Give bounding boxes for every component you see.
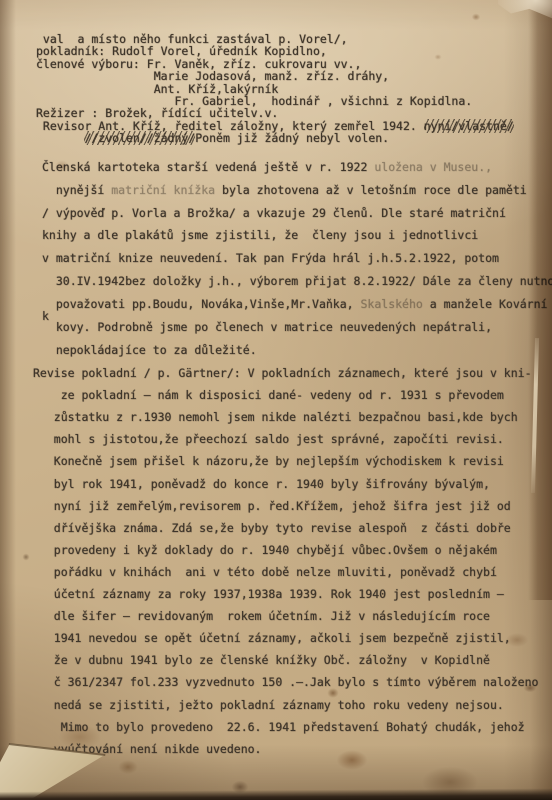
text-segment: Konečně jsem přišel k názoru,že by nejle… (33, 454, 504, 468)
text-segment (36, 131, 84, 145)
faded-text: Skalského (361, 297, 423, 311)
text-segment: ze pokladní – nám k disposici dané- vede… (33, 388, 504, 402)
paragraph-revise-pokladni-line: č 361/2347 fol.233 vyzvednuto 150 .–.Jak… (33, 676, 538, 688)
text-segment: 1941 nevedou se opět účetní záznamy, ačk… (33, 631, 511, 645)
text-segment: mohl s jistotou,že přeechozí saldo jest … (33, 432, 504, 446)
text-segment: nynější (42, 183, 111, 197)
paragraph-revise-pokladni-line: provedeny i kyž doklady do r. 1940 chybě… (33, 544, 497, 556)
text-segment: dřívějška známa. Zdá se,že byby tyto rev… (33, 521, 511, 535)
text-segment: Členská kartoteka starší vedená ještě v … (42, 160, 374, 174)
paragraph-kartoteka-line: Členská kartoteka starší vedená ještě v … (42, 161, 492, 173)
paragraph-revise-pokladni-line: mohl s jistotou,že přeechozí saldo jest … (33, 433, 504, 445)
officials-list-line: členové výboru: Fr. Vaněk, zříz. cukrova… (36, 58, 361, 70)
text-segment: byla zhotovena až v letošním roce dle pa… (215, 183, 527, 197)
text-segment: že v dubnu 1941 bylo ze členské knížky O… (33, 653, 490, 667)
faded-text: uložena v Museu., (374, 160, 492, 174)
text-segment: považovati pp.Boudu, Nováka,Vinše,Mr.Vaň… (42, 297, 361, 311)
text-segment: knihy a dle plakátů jsme zjistili, že čl… (42, 228, 478, 242)
text-segment: Mimo to bylo provedeno 22.6. 1941 předst… (33, 720, 525, 734)
paragraph-kartoteka-line: kovy. Podrobně jsme po členech v matrice… (42, 321, 492, 333)
paragraph-revise-pokladni-line: vyúčtování není nikde uvedeno. (33, 743, 261, 755)
text-segment: pořádku v knihách ani v této době nelze … (33, 565, 497, 579)
officials-list-line: Marie Jodasová, manž. zříz. dráhy, (36, 70, 389, 82)
text-segment: vyúčtování není nikde uvedeno. (33, 742, 261, 756)
text-segment: 30.IV.1942bez doložky j.h., výborem přij… (42, 274, 552, 288)
paragraph-kartoteka-line: knihy a dle plakátů jsme zjistili, že čl… (42, 229, 478, 241)
officials-list-line: Revisor Ant. Kříž, ředitel záložny, kter… (36, 120, 514, 132)
text-segment: nedá se zjistiti, ježto pokladní záznamy… (33, 698, 504, 712)
paragraph-revise-pokladni-line: nyní již zemřelým,revisorem p. řed.Kříže… (33, 500, 511, 512)
paragraph-revise-pokladni-line: zůstatku z r.1930 nemohl jsem nikde nalé… (33, 411, 518, 423)
struck-out-text: //zvolen//žádný/ (84, 131, 195, 145)
paragraph-kartoteka-line: v matriční knize neuvedení. Tak pan Frýd… (42, 252, 499, 264)
text-segment: Revise pokladní / p. Gärtner/: V pokladn… (33, 366, 532, 380)
text-segment: a manžele Kovární (423, 297, 548, 311)
text-segment: v matriční knize neuvedení. Tak pan Frýd… (42, 251, 499, 265)
paragraph-revise-pokladni-line: 1941 nevedou se opět účetní záznamy, ačk… (33, 632, 511, 644)
paragraph-revise-pokladni-line: ze pokladní – nám k disposici dané- vede… (33, 389, 504, 401)
text-segment: kovy. Podrobně jsme po členech v matrice… (42, 320, 492, 334)
officials-list-line: //zvolen//žádný/Poněm již žádný nebyl vo… (36, 132, 389, 144)
paragraph-kartoteka-line: považovati pp.Boudu, Nováka,Vinše,Mr.Vaň… (42, 298, 547, 310)
text-segment: nyní již zemřelým,revisorem p. řed.Kříže… (33, 499, 511, 513)
text-segment: č 361/2347 fol.233 vyzvednuto 150 .–.Jak… (33, 675, 538, 689)
paragraph-kartoteka-line: nepokládajíce to za důležité. (42, 344, 257, 356)
scanned-page: val a místo něho funkci zastával p. Vore… (0, 0, 552, 800)
text-segment: nepokládajíce to za důležité. (42, 343, 257, 357)
typewritten-text: val a místo něho funkci zastával p. Vore… (0, 0, 552, 800)
paragraph-revise-pokladni-line: účetní záznamy za roky 1937,1938a 1939. … (33, 588, 504, 600)
text-segment: zůstatku z r.1930 nemohl jsem nikde nalé… (33, 410, 518, 424)
paragraph-revise-pokladni-line: dřívějška známa. Zdá se,že byby tyto rev… (33, 522, 511, 534)
paragraph-revise-pokladni-line: že v dubnu 1941 bylo ze členské knížky O… (33, 654, 490, 666)
paragraph-revise-pokladni-line: nedá se zjistiti, ježto pokladní záznamy… (33, 699, 504, 711)
text-segment: dle šifer – revidovaným rokem účetním. J… (33, 609, 490, 623)
paragraph-revise-pokladni-line: dle šifer – revidovaným rokem účetním. J… (33, 610, 490, 622)
paragraph-kartoteka-line: 30.IV.1942bez doložky j.h., výborem přij… (42, 275, 552, 287)
paragraph-revise-pokladni-line: byl rok 1941, poněvadž do konce r. 1940 … (33, 478, 490, 490)
text-segment: provedeny i kyž doklady do r. 1940 chybě… (33, 543, 497, 557)
text-segment: účetní záznamy za roky 1937,1938a 1939. … (33, 587, 504, 601)
officials-list-line: pokladník: Rudolf Vorel, úředník Kopidln… (36, 45, 327, 57)
paragraph-revise-pokladni-line: Konečně jsem přišel k názoru,že by nejle… (33, 455, 504, 467)
paragraph-kartoteka-line: / výpověď p. Vorla a Brožka/ a vkazuje 2… (42, 207, 506, 219)
text-segment: Poněm již žádný nebyl volen. (195, 131, 389, 145)
officials-list-line: Ant. Kříž,lakýrník (36, 83, 278, 95)
text-segment: / výpověď p. Vorla a Brožka/ a vkazuje 2… (42, 206, 506, 220)
paragraph-revise-pokladni-line: pořádku v knihách ani v této době nelze … (33, 566, 497, 578)
officials-list-line: Režizer : Brožek, řídící učitelv.v. (36, 107, 278, 119)
paragraph-kartoteka-line: nynější matriční knížka byla zhotovena a… (42, 184, 527, 196)
text-segment: byl rok 1941, poněvadž do konce r. 1940 … (33, 477, 490, 491)
paragraph-revise-pokladni-line: Mimo to bylo provedeno 22.6. 1941 předst… (33, 721, 525, 733)
paragraph-revise-pokladni-line: Revise pokladní / p. Gärtner/: V pokladn… (33, 367, 532, 379)
faded-text: matriční knížka (111, 183, 215, 197)
struck-out-text: nyní/vlastně/ (424, 119, 514, 133)
